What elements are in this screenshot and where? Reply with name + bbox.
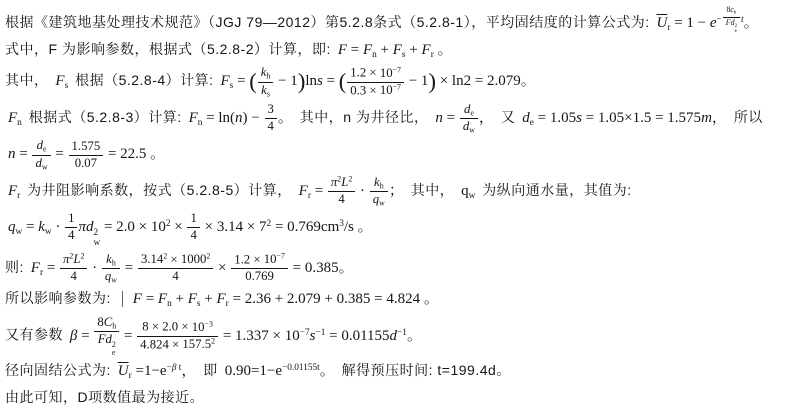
math-run: ·: [356, 183, 369, 199]
math-seq: Fr: [8, 183, 20, 199]
math-run: 1: [68, 211, 74, 225]
math-run: 4.824 ×: [140, 337, 182, 351]
math-subscripted: Fr: [216, 291, 228, 307]
math-numerator: 1: [65, 211, 77, 228]
math-superscripted: L2: [341, 175, 352, 189]
math-seq: Fr = π2L24 · khqw；: [299, 183, 404, 199]
math-italic: F: [393, 42, 402, 58]
math-run: w: [42, 162, 48, 171]
math-numerator: π2L2: [328, 175, 355, 192]
math-superscripted: 10−3: [192, 320, 213, 334]
text-run: 根据《建筑地基处理技术规范》（JGJ 79—2012）第5.2.8条式（5.2.…: [5, 14, 650, 30]
math-run: h: [266, 72, 270, 81]
math-italic: F: [189, 110, 198, 126]
math-stack: 2e: [735, 24, 737, 34]
math-run: w: [469, 191, 476, 201]
math-run: e: [470, 108, 474, 117]
math-superscripted: 10−7: [264, 252, 285, 266]
fs-calculation-formula: Fs = (khks − 1)lns = (1.2 × 10−70.3 × 10…: [217, 73, 538, 89]
math-seq: 8 × 2.0 × 10−3: [142, 320, 213, 334]
math-denominator: 0.3 × 10−7: [347, 83, 404, 99]
line-3: 其中， Fs 根据（5.2.8-4）计算: Fs = (khks − 1)lns…: [5, 65, 794, 99]
math-italic: F: [338, 42, 347, 58]
math-seq: 8Ch: [97, 315, 116, 329]
math-run: h: [380, 181, 384, 190]
math-run: ，: [479, 110, 494, 126]
math-superscripted: 10−7: [285, 328, 310, 344]
math-sup: 2: [206, 252, 210, 261]
math-run: 。: [744, 15, 759, 31]
line-1: 根据《建筑地基处理技术规范》（JGJ 79—2012）第5.2.8条式（5.2.…: [5, 5, 794, 36]
math-run: 10: [151, 219, 166, 235]
math-denominator: 0.07: [69, 156, 104, 172]
text-run: 又: [501, 109, 516, 125]
math-italic: m: [701, 110, 712, 126]
math-subsup: d2w: [86, 219, 100, 235]
math-sup: −β t: [167, 363, 182, 373]
math-italic: F: [363, 42, 372, 58]
math-fraction: khks: [257, 65, 275, 98]
math-run: − 1: [405, 73, 428, 89]
math-sub: h: [112, 321, 116, 330]
math-run: −1: [315, 327, 325, 337]
n-calculation-formula: n = dedw = 1.5750.07 = 22.5 。: [5, 146, 168, 162]
math-seq: 4.824 × 157.52: [140, 337, 215, 351]
math-run: +: [377, 42, 393, 58]
math-subscripted: Fs: [393, 42, 406, 58]
qw-symbol: qw: [458, 183, 478, 199]
math-numerator: 1: [187, 211, 199, 228]
qw-calculation-formula: qw = kw · 14πd2w = 2.0 × 102 × 14 × 3.14…: [5, 219, 376, 235]
math-numerator: 1.2 × 10−7: [347, 65, 404, 82]
fn-formula: Fn = ln(n) − 34。: [186, 110, 296, 126]
math-denominator: 4: [328, 192, 355, 208]
math-numerator: 3: [265, 102, 277, 119]
math-run: = 1.05: [534, 110, 576, 126]
math-run: × 3.14 ×: [201, 219, 259, 235]
math-fraction: 14: [186, 211, 200, 244]
math-run: ln: [305, 73, 317, 89]
math-run: ，: [181, 363, 196, 379]
math-run: =: [77, 328, 93, 344]
math-seq: qw: [461, 183, 475, 199]
math-run: 4: [338, 192, 344, 206]
math-superscripted: cm3: [321, 219, 344, 235]
math-sub: w: [42, 162, 48, 171]
math-subscripted: Fn: [363, 42, 377, 58]
math-sub: w: [469, 125, 475, 134]
math-superscripted: 157.52: [182, 337, 215, 351]
math-run: 2: [348, 175, 352, 184]
line-12: 由此可知，D项数值最为接近。: [5, 387, 794, 408]
math-run: =: [121, 260, 137, 276]
math-seq: F = Fn + Fs + Fr 。: [338, 42, 453, 58]
math-seq: 3.142 × 10002: [141, 252, 210, 266]
math-fraction: khqw: [101, 252, 121, 285]
math-run: = 2.0 ×: [100, 219, 151, 235]
math-stack: 2e: [112, 341, 116, 358]
math-fraction: π2L24: [327, 175, 356, 208]
f-sum-formula: F = Fn + Fs + Fr 。: [335, 42, 456, 58]
math-seq: −β t: [167, 363, 182, 373]
math-denominator: 4.824 × 157.52: [137, 337, 218, 353]
math-numerator: 8Ch: [94, 315, 119, 332]
math-superscripted: π2: [331, 175, 341, 189]
math-italic: π: [78, 219, 86, 235]
math-subscripted: de: [522, 110, 534, 126]
math-italic: F: [98, 332, 106, 346]
beta-calculation-formula: β = 8ChFd2e = 8 × 2.0 × 10−34.824 × 157.…: [67, 328, 425, 344]
math-seq: Fn = ln(n) − 34。: [189, 110, 293, 126]
math-run: =: [120, 328, 136, 344]
line-5: n = dedw = 1.5750.07 = 22.5 。: [5, 138, 794, 171]
math-italic: F: [31, 260, 40, 276]
math-italic: F: [8, 110, 17, 126]
math-sub: h: [380, 181, 384, 190]
math-seq: n = dedw = 1.5750.07 = 22.5 。: [8, 146, 165, 162]
math-italic: n: [235, 110, 243, 126]
math-seq: Fs = (khks − 1)lns = (1.2 × 10−70.3 × 10…: [220, 73, 535, 89]
math-run: = 0.769: [271, 219, 321, 235]
math-run: = 1.05×1.5 = 1.575: [582, 110, 701, 126]
math-run: 0.90=1−: [225, 363, 276, 379]
math-run: 0.3 ×: [350, 83, 380, 97]
math-run: 。: [521, 73, 536, 89]
math-run: ，: [712, 110, 727, 126]
radial-consolidation-formula: Ur =1−e−β t，: [115, 363, 200, 379]
math-fraction: 14: [64, 211, 78, 244]
math-run: = 0.385: [289, 260, 339, 276]
math-italic: F: [220, 73, 229, 89]
math-subsup: d2e: [106, 332, 116, 346]
math-superscripted: 10−7: [380, 66, 401, 80]
math-paren: ): [428, 69, 436, 94]
math-numerator: π2L2: [60, 252, 87, 269]
math-run: h: [734, 10, 736, 15]
math-italic: F: [188, 291, 197, 307]
math-run: 2: [211, 337, 215, 346]
math-subsup: d2e: [731, 18, 737, 27]
math-sub: e: [470, 108, 474, 117]
math-run: =: [443, 110, 459, 126]
math-run: +: [406, 42, 422, 58]
math-sub: w: [45, 227, 52, 237]
math-seq: F = Fn + Fs + Fr = 2.36 + 2.079 + 0.385 …: [133, 291, 439, 307]
math-sub: e: [112, 349, 116, 357]
math-paren: (: [339, 69, 347, 94]
math-subscripted: qw: [8, 219, 22, 235]
math-sub: h: [112, 258, 116, 267]
math-subscripted: ks: [261, 83, 270, 97]
math-run: 7: [259, 219, 267, 235]
math-sup: −7: [300, 327, 310, 337]
math-seq: π2L2: [63, 252, 84, 266]
math-run: h: [112, 258, 116, 267]
line-4: Fn 根据式（5.2.8-3）计算: Fn = ln(n) − 34。 其中，n…: [5, 102, 794, 135]
math-run: =: [311, 183, 327, 199]
math-numerator: 1.2 × 10−7: [231, 252, 288, 269]
math-italic: C: [104, 315, 113, 329]
math-seq: 8ch: [726, 5, 736, 14]
math-run: h: [112, 321, 116, 330]
math-run: 2: [80, 252, 84, 261]
math-denominator: 4: [138, 269, 213, 285]
math-superscripted: 72: [259, 219, 271, 235]
math-numerator: de: [460, 102, 478, 119]
math-fraction: dedw: [459, 102, 479, 135]
math-run: 1.2 ×: [234, 252, 264, 266]
math-run: 0.769: [245, 269, 274, 283]
math-subscripted: Fr: [422, 42, 434, 58]
math-run: = 1.337 ×: [219, 328, 285, 344]
math-seq: 1.2 × 10−7: [234, 252, 285, 266]
math-sub: n: [17, 118, 22, 128]
math-run: −1: [397, 327, 407, 337]
math-run: ×: [171, 219, 187, 235]
math-run: ·: [88, 260, 101, 276]
math-seq: 0.3 × 10−7: [350, 83, 401, 97]
math-italic: d: [86, 219, 94, 235]
line-2: 式中，F 为影响参数，根据式（5.2.8-2）计算，即: F = Fn + Fs…: [5, 39, 794, 63]
math-run: ；: [389, 183, 404, 199]
math-sub: e: [735, 29, 737, 34]
text-run: 其中，: [5, 72, 49, 88]
math-italic: F: [422, 42, 431, 58]
text-run: 解得预压时间: t=199.4d。: [342, 362, 511, 378]
math-sub: e: [43, 145, 47, 154]
math-italic: F: [299, 183, 308, 199]
math-superscripted: L2: [73, 252, 84, 266]
math-italic: n: [8, 146, 16, 162]
math-run: +: [201, 291, 217, 307]
math-run: ·: [52, 219, 65, 235]
math-run: 10: [380, 83, 393, 97]
math-seq: π2L2: [331, 175, 352, 189]
math-subscripted: Ur: [657, 15, 671, 31]
math-run: =: [142, 291, 158, 307]
math-paren: (: [249, 69, 257, 94]
math-sup: −8chFd2et: [717, 15, 744, 25]
math-run: 3.14: [141, 252, 163, 266]
math-fraction: 1.5750.07: [68, 139, 105, 172]
math-italic: U: [118, 363, 129, 379]
math-denominator: 4: [60, 269, 87, 285]
math-subscripted: Ch: [104, 315, 116, 329]
math-subscripted: kh: [261, 65, 271, 79]
text-run: 为纵向通水量，其值为:: [482, 182, 631, 198]
math-run: − 1: [274, 73, 297, 89]
de-calculation-formula: de = 1.05s = 1.05×1.5 = 1.575m，: [519, 110, 730, 126]
math-run: 157.5: [182, 337, 211, 351]
text-run: 根据（5.2.8-4）计算:: [75, 72, 213, 88]
math-seq: 1.2 × 10−7: [350, 66, 401, 80]
math-sup: −1: [315, 327, 325, 337]
text-run: 所以影响参数为:: [5, 290, 111, 306]
math-sup: −1: [397, 327, 407, 337]
math-denominator: Fd2e: [94, 332, 119, 357]
math-subscripted: dw: [35, 156, 47, 170]
math-sup: −3: [205, 319, 213, 328]
math-fraction: 34: [264, 102, 278, 135]
math-seq: β = 8ChFd2e = 8 × 2.0 × 10−34.824 × 157.…: [70, 328, 422, 344]
text-run: 为井阻影响系数，按式（5.2.8-5）计算，: [27, 182, 292, 198]
math-denominator: Fd2e: [723, 18, 740, 34]
math-subscripted: de: [37, 138, 47, 152]
math-seq: n = dedw，: [435, 110, 494, 126]
math-subscripted: Ur: [118, 363, 132, 379]
math-subscripted: Fs: [220, 73, 233, 89]
math-subscripted: kh: [106, 252, 116, 266]
math-run: 2: [93, 228, 98, 238]
math-fraction: 8chFd2e: [722, 5, 741, 34]
math-sup: −7: [393, 65, 401, 74]
math-superscripted: π2: [63, 252, 73, 266]
math-run: 。: [407, 328, 422, 344]
math-subscripted: qw: [105, 269, 117, 283]
math-run: −7: [393, 65, 401, 74]
text-run: 其中，: [411, 182, 455, 198]
math-numerator: 3.142 × 10002: [138, 252, 213, 269]
math-run: 4: [268, 119, 274, 133]
math-sub: h: [266, 72, 270, 81]
math-run: −7: [300, 327, 310, 337]
math-italic: e: [710, 15, 717, 31]
math-run: q: [461, 183, 469, 199]
math-run: r: [17, 191, 20, 201]
fr-symbol: Fr: [5, 183, 23, 199]
math-sup: 2: [80, 252, 84, 261]
math-run: n: [17, 118, 22, 128]
math-subscripted: de: [464, 102, 474, 116]
math-subscripted: kw: [38, 219, 51, 235]
math-italic: d: [522, 110, 530, 126]
math-italic: U: [657, 15, 668, 31]
math-run: ×: [214, 260, 230, 276]
math-run: 。: [278, 110, 293, 126]
math-denominator: 4: [265, 119, 277, 135]
math-run: w: [45, 227, 52, 237]
math-run: =1−: [132, 363, 160, 379]
n-ratio-formula: n = dedw，: [432, 110, 497, 126]
math-denominator: 4: [187, 228, 199, 244]
math-denominator: ks: [258, 83, 274, 99]
math-run: = 2.36 + 2.079 + 0.385 = 4.824 。: [229, 291, 439, 307]
math-run: w: [111, 275, 117, 284]
math-seq: Ur = 1 − e−8chFd2et。: [657, 15, 759, 31]
math-subscripted: Fr: [8, 183, 20, 199]
math-superscripted: 3.142: [141, 252, 167, 266]
math-run: =: [52, 146, 68, 162]
text-run: 式中，F 为影响参数，根据式（5.2.8-2）计算，即:: [5, 41, 331, 57]
math-seq: qw = kw · 14πd2w = 2.0 × 102 × 14 × 3.14…: [8, 219, 373, 235]
math-denominator: 0.769: [231, 269, 288, 285]
math-fraction: 8 × 2.0 × 10−34.824 × 157.52: [136, 319, 219, 353]
math-italic: F: [216, 291, 225, 307]
math-superscripted: 102: [151, 219, 171, 235]
math-subscripted: Fs: [55, 73, 68, 89]
math-italic: F: [133, 291, 142, 307]
math-run: +: [172, 291, 188, 307]
math-italic: F: [8, 183, 17, 199]
math-run: s: [65, 81, 69, 91]
math-run: =: [323, 73, 339, 89]
math-run: × ln2 = 2.079: [436, 73, 521, 89]
avg-consolidation-degree-formula: Ur = 1 − e−8chFd2et。: [654, 15, 762, 31]
math-superscripted: s−1: [310, 328, 326, 344]
math-overline: U: [118, 363, 129, 379]
math-run: 2: [206, 252, 210, 261]
math-run: 。: [320, 363, 335, 379]
text-run: 径向固结公式为:: [5, 362, 111, 378]
math-run: =: [233, 73, 249, 89]
math-numerator: 8ch: [723, 5, 740, 18]
math-run: 10: [264, 252, 277, 266]
line-7: qw = kw · 14πd2w = 2.0 × 102 × 14 × 3.14…: [5, 211, 794, 249]
math-italic: F: [55, 73, 64, 89]
math-run: 10: [380, 66, 393, 80]
math-overline: U: [657, 15, 668, 31]
math-sub: r: [17, 191, 20, 201]
math-subscripted: dw: [463, 119, 475, 133]
math-run: w: [93, 238, 100, 248]
math-run: 4: [172, 269, 178, 283]
math-run: 。: [339, 260, 354, 276]
text-run: 又有参数: [5, 327, 63, 343]
math-run: 4: [68, 228, 74, 242]
math-sub: h: [734, 10, 736, 15]
math-run: 0.07: [75, 156, 97, 170]
math-numerator: kh: [102, 252, 120, 269]
line-8: 则: Fr = π2L24 · khqw = 3.142 × 100024 × …: [5, 252, 794, 285]
conclusion-text: 由此可知，D项数值最为接近。: [5, 389, 204, 405]
fr-definition-formula: Fr = π2L24 · khqw；: [296, 183, 407, 199]
math-subscripted: kh: [374, 175, 384, 189]
math-sub: w: [469, 191, 476, 201]
math-subscripted: Fr: [299, 183, 311, 199]
math-run: ) −: [243, 110, 264, 126]
math-run: 1000: [181, 252, 207, 266]
math-subscripted: Fn: [158, 291, 172, 307]
math-run: 1: [190, 211, 196, 225]
math-seq: Ur =1−e−β t，: [118, 363, 197, 379]
math-seq: Fs: [55, 73, 68, 89]
math-sub: s: [65, 81, 69, 91]
math-denominator: qw: [102, 269, 120, 285]
text-run: 根据式（5.2.8-3）计算:: [29, 109, 182, 125]
math-fraction: π2L24: [59, 252, 88, 285]
math-run: 10: [285, 328, 300, 344]
math-subscripted: Fs: [188, 291, 201, 307]
math-denominator: qw: [370, 192, 388, 208]
math-sub: w: [111, 275, 117, 284]
text-run: 则:: [5, 259, 24, 275]
math-seq: −8chFd2et: [717, 15, 744, 25]
math-italic: k: [38, 219, 45, 235]
math-denominator: dw: [32, 156, 50, 172]
math-subscripted: qw: [373, 192, 385, 206]
math-seq: 0.90=1−e−0.01155t。: [225, 363, 335, 379]
math-superscripted: 10002: [181, 252, 210, 266]
math-fraction: 8ChFd2e: [93, 315, 120, 357]
math-denominator: 4: [65, 228, 77, 244]
math-sup: −7: [277, 252, 285, 261]
math-run: 。: [434, 42, 453, 58]
math-run: 8 × 2.0 ×: [142, 320, 191, 334]
math-italic: d: [390, 328, 398, 344]
math-superscripted: e−0.01155t: [275, 363, 319, 379]
math-run: 。: [146, 146, 165, 162]
math-fraction: 1.2 × 10−70.3 × 10−7: [346, 65, 405, 99]
